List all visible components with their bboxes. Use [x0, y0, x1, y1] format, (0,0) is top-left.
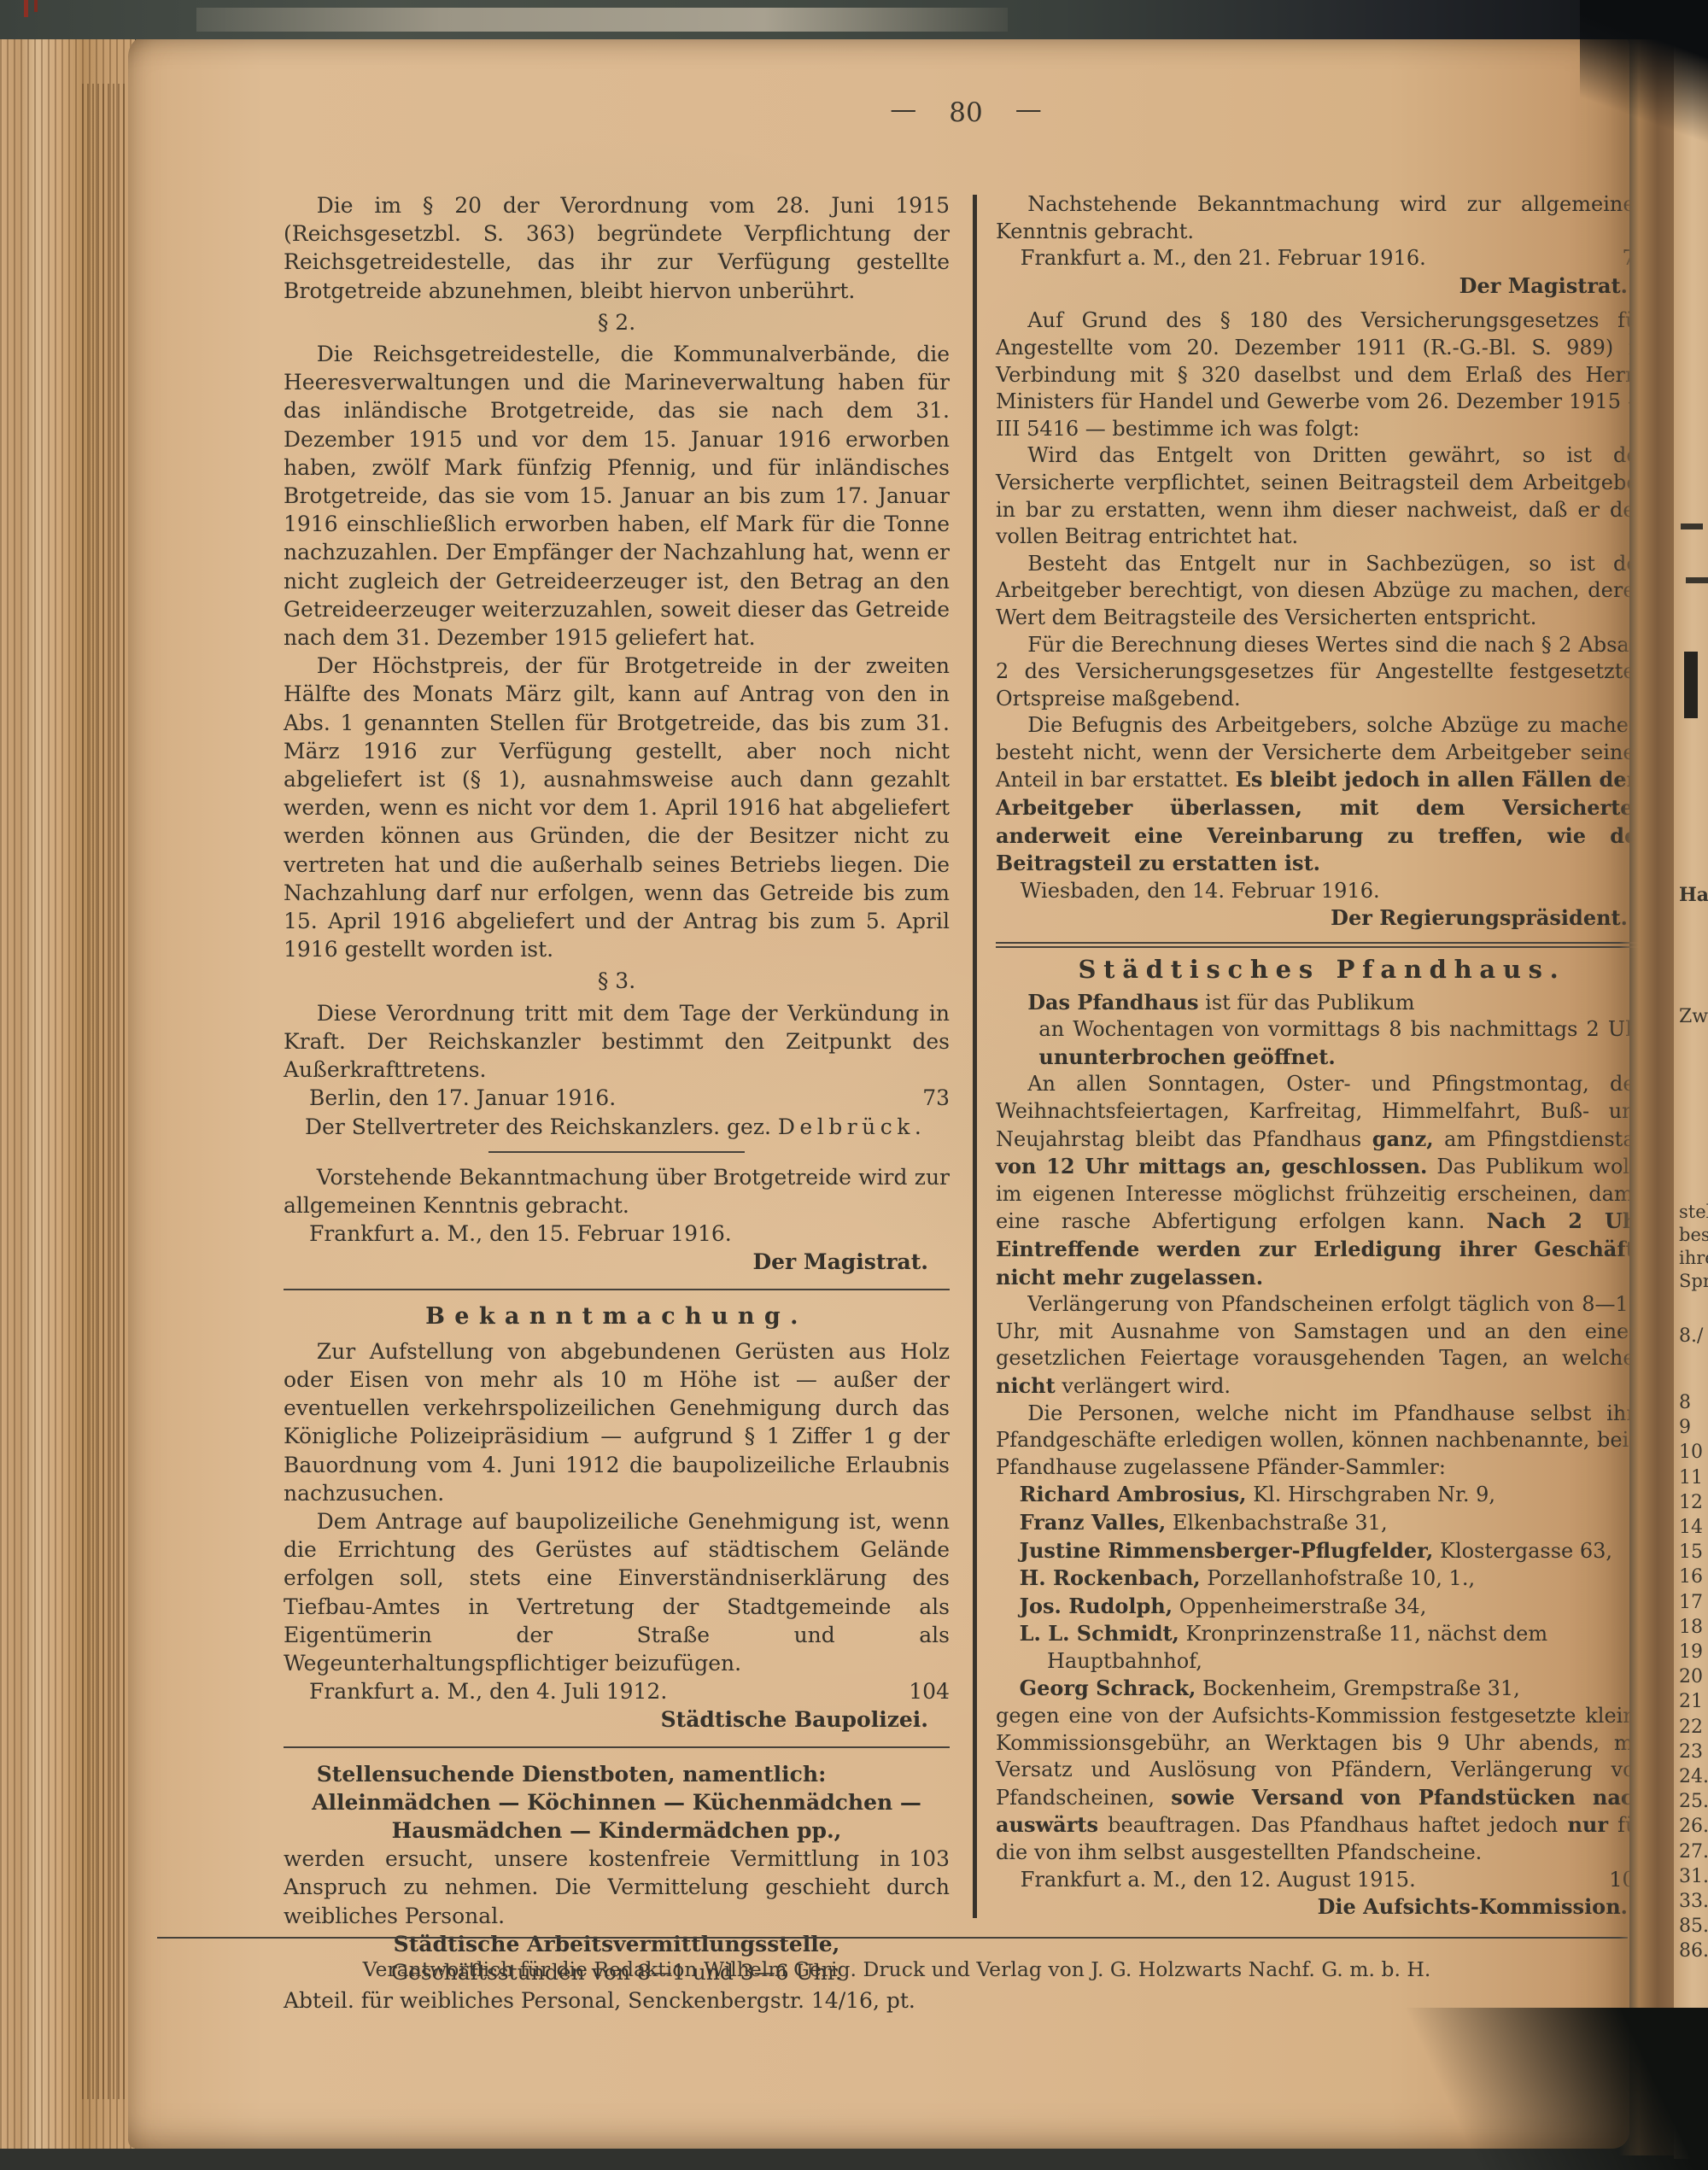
left-column: Die im § 20 der Verordnung vom 28. Juni … — [284, 191, 950, 2015]
clipped-text-fragment: stell besch ihre Spr — [1679, 1201, 1708, 1293]
page-number-dash: — — [1015, 94, 1042, 125]
jobs-categories: Hausmädchen — Kindermädchen pp., — [284, 1816, 950, 1845]
clipped-text-fragment: Zw — [1679, 1004, 1708, 1030]
paragraph: Das Pfandhaus ist für das Publikum — [996, 989, 1648, 1017]
footer-rule — [157, 1937, 1628, 1939]
paragraph-text: werden ersucht, unsere kostenfreie Vermi… — [284, 1846, 950, 1927]
paragraph: Der Höchstpreis, der für Brotgetreide in… — [284, 652, 950, 963]
paragraph-emphasis: Das Pfandhaus — [1027, 990, 1198, 1015]
paragraph: Die im § 20 der Verordnung vom 28. Juni … — [284, 191, 950, 305]
clipped-rule-fragment — [1686, 577, 1708, 583]
collector-entry: Franz Valles, Elkenbachstraße 31, — [996, 1509, 1648, 1537]
dateline: Wiesbaden, den 14. Februar 1916. — [996, 878, 1648, 905]
paragraph: Auf Grund des § 180 des Versicherungsges… — [996, 307, 1648, 442]
page-stack-left-edge — [0, 32, 135, 2149]
collector-entry: L. L. Schmidt, Kronprinzenstraße 11, näc… — [996, 1620, 1648, 1675]
dateline-text: Wiesbaden, den 14. Februar 1916. — [1021, 878, 1380, 905]
paragraph-emphasis: nicht — [996, 1373, 1056, 1398]
column-divider-rule — [973, 195, 977, 1918]
dateline: Frankfurt a. M., den 4. Juli 1912. 104 — [284, 1677, 950, 1705]
dateline: Frankfurt a. M., den 21. Februar 1916. 7… — [996, 245, 1648, 272]
jobs-categories: Alleinmädchen — Köchinnen — Küchenmädche… — [284, 1788, 950, 1816]
paragraph-emphasis: ganz, — [1372, 1126, 1434, 1151]
signature-line: Der Magistrat. — [996, 272, 1648, 300]
paragraph: Besteht das Entgelt nur in Sachbezügen, … — [996, 551, 1648, 632]
book-gutter-shadow — [1619, 29, 1676, 2155]
page-number-dash: — — [890, 94, 916, 125]
dateline-text: Frankfurt a. M., den 12. August 1915. — [1021, 1867, 1416, 1894]
collector-name: Richard Ambrosius, — [1020, 1482, 1247, 1506]
paragraph: An allen Sonntagen, Oster- und Pfingstmo… — [996, 1071, 1648, 1291]
collector-name: L. L. Schmidt, — [1020, 1621, 1179, 1646]
clipped-rule-fragment — [1681, 523, 1703, 529]
jobs-intro: Stellensuchende Dienstboten, namentlich: — [284, 1760, 950, 1788]
paragraph: an Wochentagen von vormittags 8 bis nach… — [1038, 1016, 1648, 1071]
dateline: Berlin, den 17. Januar 1916. 73 — [284, 1084, 950, 1112]
collector-name: Justine Rimmensberger-Pflugfelder, — [1020, 1538, 1434, 1563]
collector-address: Oppenheimerstraße 34, — [1173, 1594, 1426, 1618]
item-number: 104 — [900, 1677, 950, 1705]
paragraph: Die Befugnis des Arbeitgebers, solche Ab… — [996, 712, 1648, 878]
collector-address: Bockenheim, Grempstraße 31, — [1196, 1676, 1519, 1700]
office-department: Abteil. für weibliches Personal, Sencken… — [284, 1986, 950, 2015]
announcement-heading: Bekanntmachung. — [284, 1302, 950, 1331]
collector-name: H. Rockenbach, — [1020, 1565, 1201, 1590]
paragraph-text: an Wochentagen von vormittags 8 bis nach… — [1038, 1017, 1648, 1041]
collector-address: Elkenbachstraße 31, — [1166, 1511, 1387, 1535]
signature-line: Die Aufsichts-Kommission. — [996, 1893, 1648, 1921]
signature-line: Der Regierungspräsident. — [996, 904, 1648, 932]
dark-corner-top-right — [1580, 0, 1708, 145]
double-separator-rule — [996, 942, 1648, 948]
signature-line: Städtische Baupolizei. — [284, 1705, 950, 1734]
paragraph: gegen eine von der Aufsichts-Kommission … — [996, 1703, 1648, 1867]
collector-address: Klostergasse 63, — [1433, 1539, 1612, 1563]
dateline-text: Frankfurt a. M., den 15. Februar 1916. — [309, 1220, 732, 1248]
dateline-text: Berlin, den 17. Januar 1916. — [309, 1084, 616, 1112]
signature-text: Der Stellvertreter des Reichskanzlers. g… — [305, 1114, 778, 1139]
dateline-text: Frankfurt a. M., den 21. Februar 1916. — [1021, 245, 1426, 272]
item-number: 103 — [900, 1845, 950, 1873]
red-binding-mark — [24, 0, 28, 17]
paragraph: Verlängerung von Pfandscheinen erfolgt t… — [996, 1291, 1648, 1400]
collector-entry: Jos. Rudolph, Oppenheimerstraße 34, — [996, 1593, 1648, 1621]
section-heading: § 3. — [284, 967, 950, 995]
dateline-text: Frankfurt a. M., den 4. Juli 1912. — [309, 1677, 667, 1705]
book-scan-photo: —80— Die im § 20 der Verordnung vom 28. … — [0, 0, 1708, 2170]
paragraph-text: beauftragen. Das Pfandhaus haftet jedoch — [1098, 1813, 1567, 1837]
red-binding-mark — [34, 0, 38, 12]
signature-name: Delbrück. — [778, 1114, 927, 1139]
paragraph: Nachstehende Bekanntmachung wird zur all… — [996, 191, 1648, 245]
signature-line: Der Magistrat. — [284, 1248, 950, 1276]
page-number: —80— — [284, 97, 1648, 128]
signature-line: Der Stellvertreter des Reichskanzlers. g… — [284, 1113, 950, 1141]
collector-name: Franz Valles, — [1020, 1510, 1167, 1535]
paragraph-text: am Pfingstdienstag — [1434, 1127, 1648, 1151]
gazette-page: —80— Die im § 20 der Verordnung vom 28. … — [128, 34, 1629, 2149]
page-stack-inner-edges — [82, 84, 126, 2099]
collector-address: Porzellanhofstraße 10, 1., — [1201, 1566, 1475, 1590]
page-number-value: 80 — [949, 97, 982, 128]
paragraph-emphasis: ununterbrochen geöffnet. — [1038, 1044, 1335, 1069]
clipped-text-fragment: 8./ — [1679, 1324, 1703, 1349]
office-name: Städtische Arbeitsvermittlungsstelle, — [284, 1930, 950, 1958]
collector-entry: H. Rockenbach, Porzellanhofstraße 10, 1.… — [996, 1565, 1648, 1593]
book-cover-bottom-edge — [0, 2103, 1708, 2170]
imprint-line: Verantwortlich für die Redaktion Wilhelm… — [231, 1957, 1563, 1981]
paragraph: Diese Verordnung tritt mit dem Tage der … — [284, 999, 950, 1085]
paragraph-text: ist für das Publikum — [1199, 991, 1415, 1015]
separator-rule — [284, 1289, 950, 1290]
item-number: 73 — [914, 1084, 950, 1112]
paragraph: Für die Berechnung dieses Wertes sind di… — [996, 632, 1648, 713]
separator-rule — [488, 1151, 745, 1153]
paragraph: 103werden ersucht, unsere kostenfreie Ve… — [284, 1845, 950, 1930]
collector-name: Georg Schrack, — [1020, 1676, 1196, 1700]
paragraph: Die Reichsgetreidestelle, die Kommunalve… — [284, 340, 950, 652]
right-column: Nachstehende Bekanntmachung wird zur all… — [996, 191, 1648, 1921]
paragraph: Vorstehende Bekanntmachung über Brotgetr… — [284, 1163, 950, 1220]
adjacent-page-sliver: Ha Zw stell besch ihre Spr 8./ 8 9 10 11… — [1674, 24, 1708, 2159]
paper-edge-strip — [196, 8, 1008, 32]
dateline: Frankfurt a. M., den 15. Februar 1916. — [284, 1220, 950, 1248]
paragraph-text: Verlängerung von Pfandscheinen erfolgt t… — [996, 1292, 1648, 1370]
collector-entry: Justine Rimmensberger-Pflugfelder, Klost… — [996, 1537, 1648, 1565]
clipped-text-fragment: Ha — [1679, 882, 1708, 908]
collector-name: Jos. Rudolph, — [1020, 1594, 1173, 1618]
collector-entry: Richard Ambrosius, Kl. Hirschgraben Nr. … — [996, 1481, 1648, 1509]
clipped-ink-block — [1684, 652, 1698, 718]
separator-rule — [284, 1746, 950, 1748]
paragraph-emphasis: von 12 Uhr mittags an, geschlossen. — [996, 1154, 1427, 1179]
collector-address: Kl. Hirschgraben Nr. 9, — [1246, 1483, 1495, 1506]
paragraph: Zur Aufstellung von abgebundenen Gerüste… — [284, 1337, 950, 1507]
paragraph-emphasis: nur — [1567, 1812, 1608, 1837]
clipped-number-column: 8 9 10 11 12 14 15 16 17 18 19 20 21 22 … — [1679, 1390, 1708, 1964]
section-heading: § 2. — [284, 308, 950, 336]
collector-entry: Georg Schrack, Bockenheim, Grempstraße 3… — [996, 1675, 1648, 1703]
paragraph: Wird das Entgelt von Dritten gewährt, so… — [996, 442, 1648, 550]
pawnhouse-heading: Städtisches Pfandhaus. — [996, 956, 1648, 984]
dateline: Frankfurt a. M., den 12. August 1915. 10… — [996, 1867, 1648, 1894]
paragraph-text: verlängert wird. — [1056, 1374, 1231, 1398]
paragraph: Dem Antrage auf baupolizeiliche Genehmig… — [284, 1507, 950, 1677]
paragraph: Die Personen, welche nicht im Pfandhause… — [996, 1401, 1648, 1482]
